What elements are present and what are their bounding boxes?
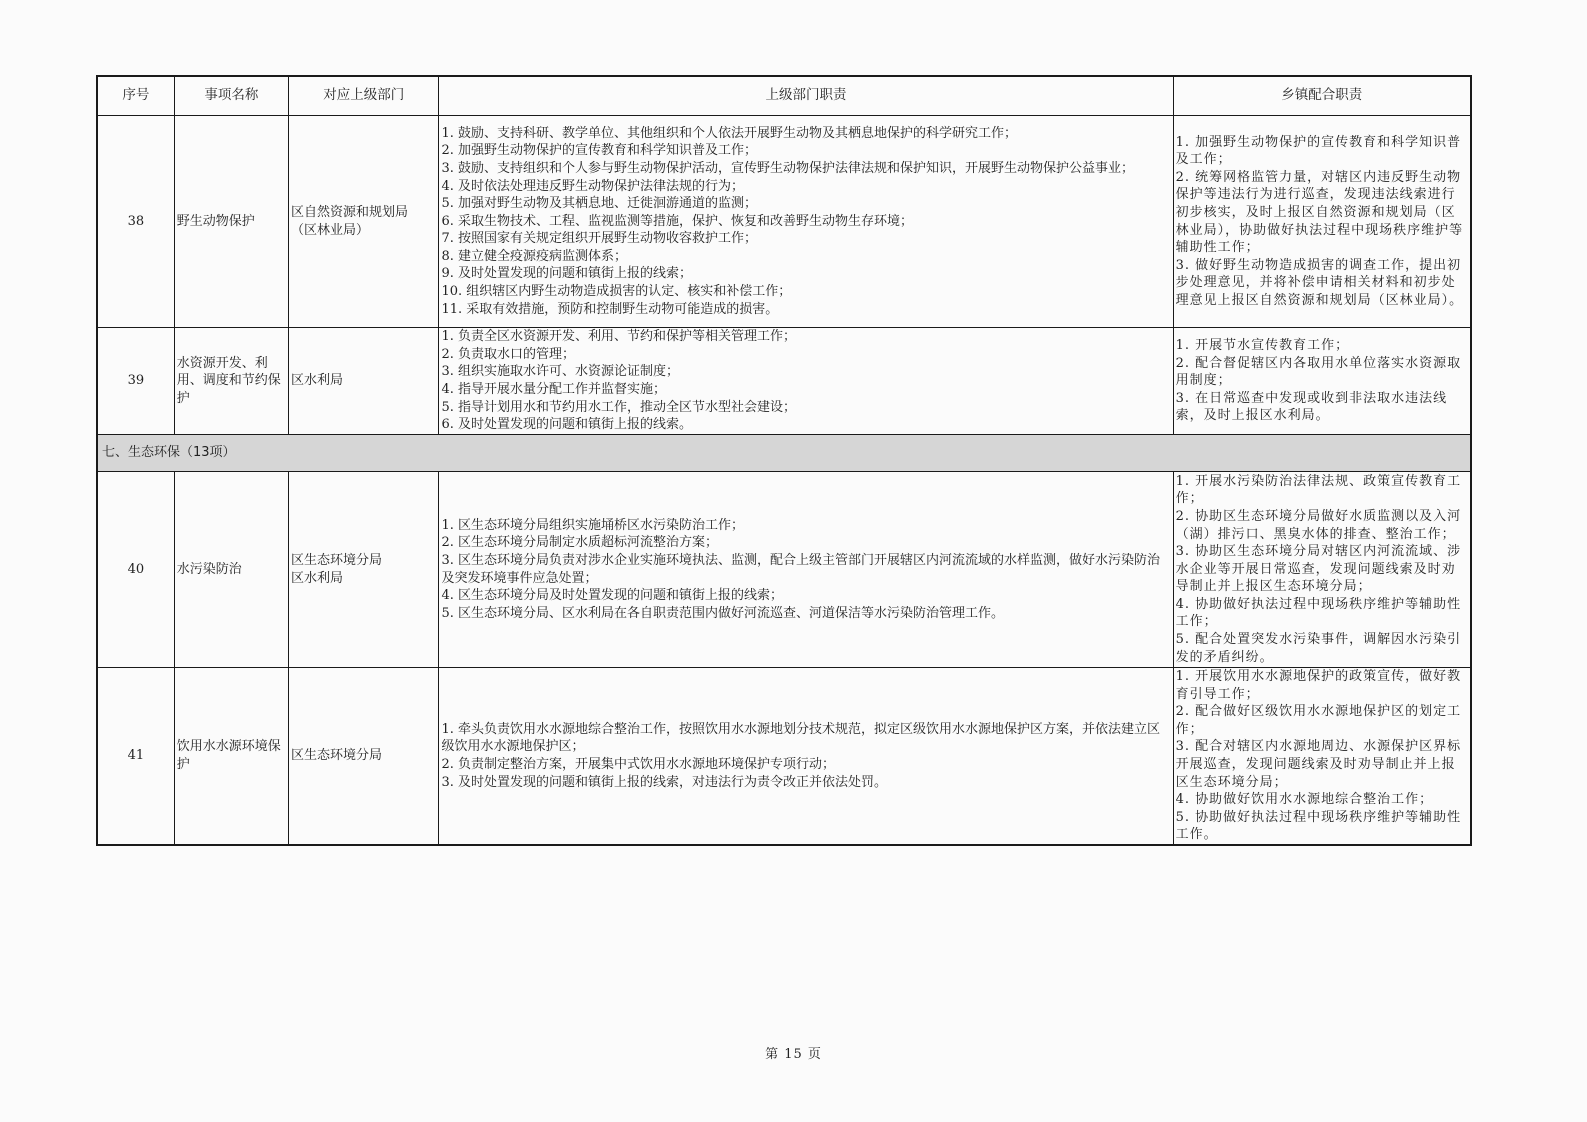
table-row: 39 水资源开发、利用、调度和节约保护 区水利局 1. 负责全区水资源开发、利用… xyxy=(97,328,1471,435)
town-duty-item: 2. 配合做好区级饮用水水源地保护区的划定工作； xyxy=(1176,703,1468,738)
department: 区水利局 xyxy=(289,328,439,435)
department: 区生态环境分局 区水利局 xyxy=(289,472,439,668)
row-number: 38 xyxy=(97,116,174,328)
superior-duty: 1. 区生态环境分局组织实施埇桥区水污染防治工作； 2. 区生态环境分局制定水质… xyxy=(439,472,1173,668)
duty-item: 5. 加强对野生动物及其栖息地、迁徙洄游通道的监测； xyxy=(441,195,1170,213)
duty-item: 8. 建立健全疫源疫病监测体系； xyxy=(441,248,1170,266)
table-row: 38 野生动物保护 区自然资源和规划局 （区林业局） 1. 鼓励、支持科研、教学… xyxy=(97,116,1471,328)
department-line: 区生态环境分局 xyxy=(291,552,436,570)
township-duty: 1. 加强野生动物保护的宣传教育和科学知识普及工作； 2. 统筹网格监管力量，对… xyxy=(1173,116,1471,328)
row-number: 40 xyxy=(97,472,174,668)
superior-duty: 1. 负责全区水资源开发、利用、节约和保护等相关管理工作； 2. 负责取水口的管… xyxy=(439,328,1173,435)
table-row: 41 饮用水水源环境保护 区生态环境分局 1. 牵头负责饮用水水源地综合整治工作… xyxy=(97,668,1471,845)
duty-item: 10. 组织辖区内野生动物造成损害的认定、核实和补偿工作； xyxy=(441,283,1170,301)
town-duty-item: 1. 开展饮用水水源地保护的政策宣传，做好教育引导工作； xyxy=(1176,668,1468,703)
header-superior-duty: 上级部门职责 xyxy=(439,76,1173,116)
header-department: 对应上级部门 xyxy=(289,76,439,116)
duty-item: 1. 区生态环境分局组织实施埇桥区水污染防治工作； xyxy=(441,517,1170,535)
department-line: 区生态环境分局 xyxy=(291,747,436,765)
page-number: 第 15 页 xyxy=(0,1043,1587,1062)
department-line: 区自然资源和规划局 xyxy=(291,204,436,222)
department-line: （区林业局） xyxy=(291,222,436,240)
town-duty-item: 1. 加强野生动物保护的宣传教育和科学知识普及工作； xyxy=(1176,134,1468,169)
duty-item: 3. 组织实施取水许可、水资源论证制度； xyxy=(441,363,1170,381)
header-item-name: 事项名称 xyxy=(174,76,288,116)
duty-item: 3. 及时处置发现的问题和镇街上报的线索，对违法行为责令改正并依法处罚。 xyxy=(441,774,1170,792)
township-duty: 1. 开展水污染防治法律法规、政策宣传教育工作； 2. 协助区生态环境分局做好水… xyxy=(1173,472,1471,668)
duty-item: 1. 牵头负责饮用水水源地综合整治工作，按照饮用水水源地划分技术规范，拟定区级饮… xyxy=(441,721,1170,756)
duty-item: 11. 采取有效措施，预防和控制野生动物可能造成的损害。 xyxy=(441,301,1170,319)
duty-item: 2. 区生态环境分局制定水质超标河流整治方案； xyxy=(441,534,1170,552)
duty-item: 1. 负责全区水资源开发、利用、节约和保护等相关管理工作； xyxy=(441,328,1170,346)
duty-item: 3. 鼓励、支持组织和个人参与野生动物保护活动，宣传野生动物保护法律法规和保护知… xyxy=(441,160,1170,178)
department: 区自然资源和规划局 （区林业局） xyxy=(289,116,439,328)
town-duty-item: 5. 配合处置突发水污染事件，调解因水污染引发的矛盾纠纷。 xyxy=(1176,631,1468,666)
header-township-duty: 乡镇配合职责 xyxy=(1173,76,1471,116)
town-duty-item: 2. 配合督促辖区内各取用水单位落实水资源取用制度； xyxy=(1176,355,1468,390)
table-header-row: 序号 事项名称 对应上级部门 上级部门职责 乡镇配合职责 xyxy=(97,76,1471,116)
duty-item: 2. 负责制定整治方案，开展集中式饮用水水源地环境保护专项行动； xyxy=(441,756,1170,774)
section-title: 七、生态环保（13项） xyxy=(97,435,1471,472)
department-line: 区水利局 xyxy=(291,570,436,588)
duty-item: 4. 指导开展水量分配工作并监督实施； xyxy=(441,381,1170,399)
town-duty-item: 3. 做好野生动物造成损害的调查工作，提出初步处理意见，并将补偿申请相关材料和初… xyxy=(1176,257,1468,310)
township-duty: 1. 开展节水宣传教育工作； 2. 配合督促辖区内各取用水单位落实水资源取用制度… xyxy=(1173,328,1471,435)
township-duty: 1. 开展饮用水水源地保护的政策宣传，做好教育引导工作； 2. 配合做好区级饮用… xyxy=(1173,668,1471,845)
table-row: 40 水污染防治 区生态环境分局 区水利局 1. 区生态环境分局组织实施埇桥区水… xyxy=(97,472,1471,668)
superior-duty: 1. 牵头负责饮用水水源地综合整治工作，按照饮用水水源地划分技术规范，拟定区级饮… xyxy=(439,668,1173,845)
duty-item: 3. 区生态环境分局负责对涉水企业实施环境执法、监测，配合上级主管部门开展辖区内… xyxy=(441,552,1170,587)
item-name: 野生动物保护 xyxy=(174,116,288,328)
town-duty-item: 3. 在日常巡查中发现或收到非法取水违法线索，及时上报区水利局。 xyxy=(1176,390,1468,425)
duty-item: 5. 指导计划用水和节约用水工作，推动全区节水型社会建设； xyxy=(441,399,1170,417)
duty-item: 5. 区生态环境分局、区水利局在各自职责范围内做好河流巡查、河道保洁等水污染防治… xyxy=(441,605,1170,623)
town-duty-item: 1. 开展节水宣传教育工作； xyxy=(1176,337,1468,355)
department: 区生态环境分局 xyxy=(289,668,439,845)
duty-item: 1. 鼓励、支持科研、教学单位、其他组织和个人依法开展野生动物及其栖息地保护的科… xyxy=(441,125,1170,143)
superior-duty: 1. 鼓励、支持科研、教学单位、其他组织和个人依法开展野生动物及其栖息地保护的科… xyxy=(439,116,1173,328)
duty-item: 4. 及时依法处理违反野生动物保护法律法规的行为； xyxy=(441,178,1170,196)
town-duty-item: 5. 协助做好执法过程中现场秩序维护等辅助性工作。 xyxy=(1176,809,1468,844)
item-name: 水污染防治 xyxy=(174,472,288,668)
section-row: 七、生态环保（13项） xyxy=(97,435,1471,472)
duty-item: 6. 及时处置发现的问题和镇街上报的线索。 xyxy=(441,416,1170,434)
town-duty-item: 4. 协助做好执法过程中现场秩序维护等辅助性工作； xyxy=(1176,596,1468,631)
row-number: 39 xyxy=(97,328,174,435)
header-no: 序号 xyxy=(97,76,174,116)
duty-item: 7. 按照国家有关规定组织开展野生动物收容救护工作； xyxy=(441,230,1170,248)
item-name: 水资源开发、利用、调度和节约保护 xyxy=(174,328,288,435)
department-line: 区水利局 xyxy=(291,372,436,390)
item-name: 饮用水水源环境保护 xyxy=(174,668,288,845)
duty-item: 4. 区生态环境分局及时处置发现的问题和镇街上报的线索； xyxy=(441,587,1170,605)
town-duty-item: 3. 配合对辖区内水源地周边、水源保护区界标开展巡查，发现问题线索及时劝导制止并… xyxy=(1176,738,1468,791)
duty-item: 2. 负责取水口的管理； xyxy=(441,346,1170,364)
responsibility-table: 序号 事项名称 对应上级部门 上级部门职责 乡镇配合职责 38 野生动物保护 区… xyxy=(96,75,1472,846)
duty-item: 9. 及时处置发现的问题和镇街上报的线索； xyxy=(441,265,1170,283)
town-duty-item: 2. 统筹网格监管力量，对辖区内违反野生动物保护等违法行为进行巡查，发现违法线索… xyxy=(1176,169,1468,257)
town-duty-item: 2. 协助区生态环境分局做好水质监测以及入河（湖）排污口、黑臭水体的排查、整治工… xyxy=(1176,508,1468,543)
town-duty-item: 1. 开展水污染防治法律法规、政策宣传教育工作； xyxy=(1176,473,1468,508)
town-duty-item: 3. 协助区生态环境分局对辖区内河流流域、涉水企业等开展日常巡查，发现问题线索及… xyxy=(1176,543,1468,596)
duty-item: 6. 采取生物技术、工程、监视监测等措施，保护、恢复和改善野生动物生存环境； xyxy=(441,213,1170,231)
row-number: 41 xyxy=(97,668,174,845)
town-duty-item: 4. 协助做好饮用水水源地综合整治工作； xyxy=(1176,791,1468,809)
duty-item: 2. 加强野生动物保护的宣传教育和科学知识普及工作； xyxy=(441,142,1170,160)
